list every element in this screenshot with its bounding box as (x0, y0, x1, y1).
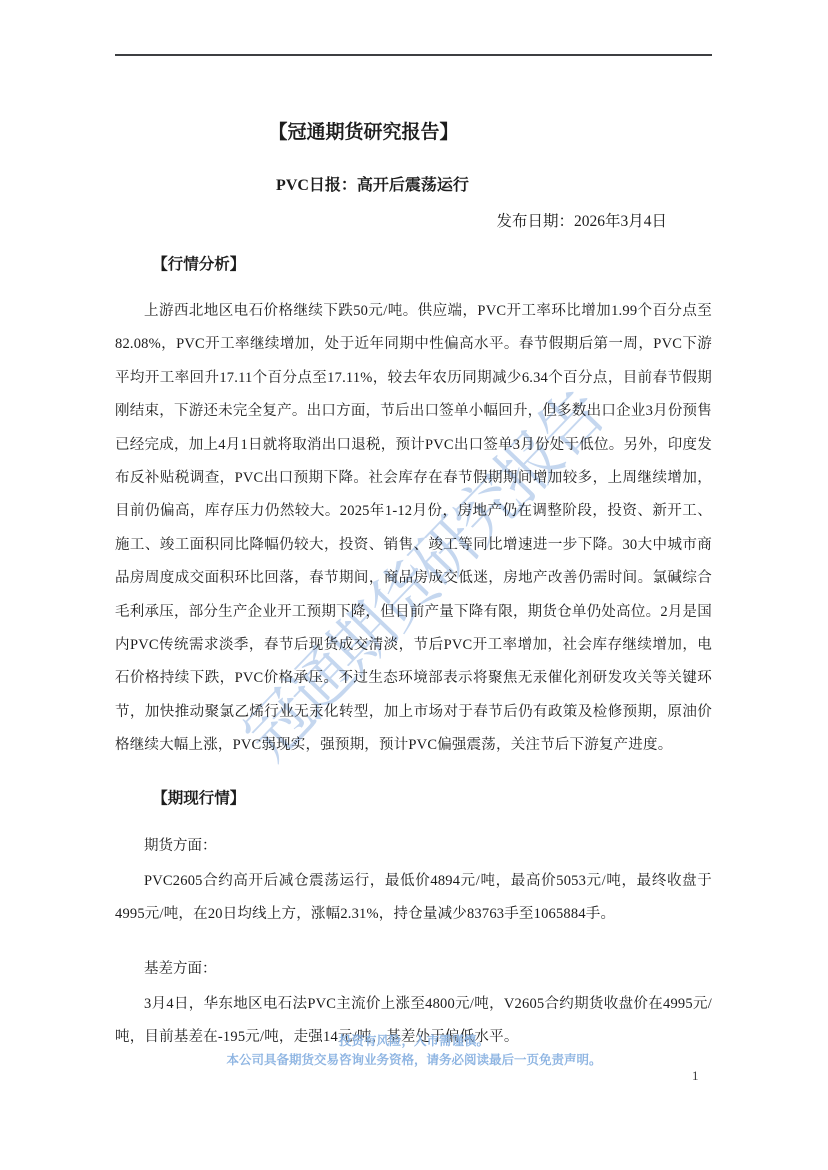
basis-side-label: 基差方面： (115, 959, 712, 979)
market-analysis-paragraph: 上游西北地区电石价格继续下跌50元/吨。供应端，PVC开工率环比增加1.99个百… (115, 295, 712, 763)
futures-side-paragraph: PVC2605合约高开后减仓震荡运行，最低价4894元/吨，最高价5053元/吨… (115, 865, 712, 932)
header-rule (115, 54, 712, 56)
futures-side-label: 期货方面： (115, 836, 712, 856)
publish-date: 发布日期：2026年3月4日 (115, 212, 712, 232)
report-series-title: 【冠通期货研究报告】 (115, 122, 712, 144)
report-title: PVC日报：高开后震荡运行 (115, 176, 712, 195)
footer-risk-warning: 投资有风险，入市需谨慎。 (0, 1032, 828, 1051)
footer-qualification-notice: 本公司具备期货交易咨询业务资格，请务必阅读最后一页免责声明。 (0, 1051, 828, 1070)
section-heading-market-analysis: 【行情分析】 (115, 255, 712, 275)
footer-disclaimer: 投资有风险，入市需谨慎。 本公司具备期货交易咨询业务资格，请务必阅读最后一页免责… (0, 1032, 828, 1069)
report-content: 【冠通期货研究报告】 PVC日报：高开后震荡运行 发布日期：2026年3月4日 … (115, 0, 712, 1054)
page-number: 1 (692, 1068, 699, 1084)
section-heading-futures-spot: 【期现行情】 (115, 789, 712, 809)
report-page: 冠通期货研究报告 【冠通期货研究报告】 PVC日报：高开后震荡运行 发布日期：2… (0, 0, 828, 1170)
